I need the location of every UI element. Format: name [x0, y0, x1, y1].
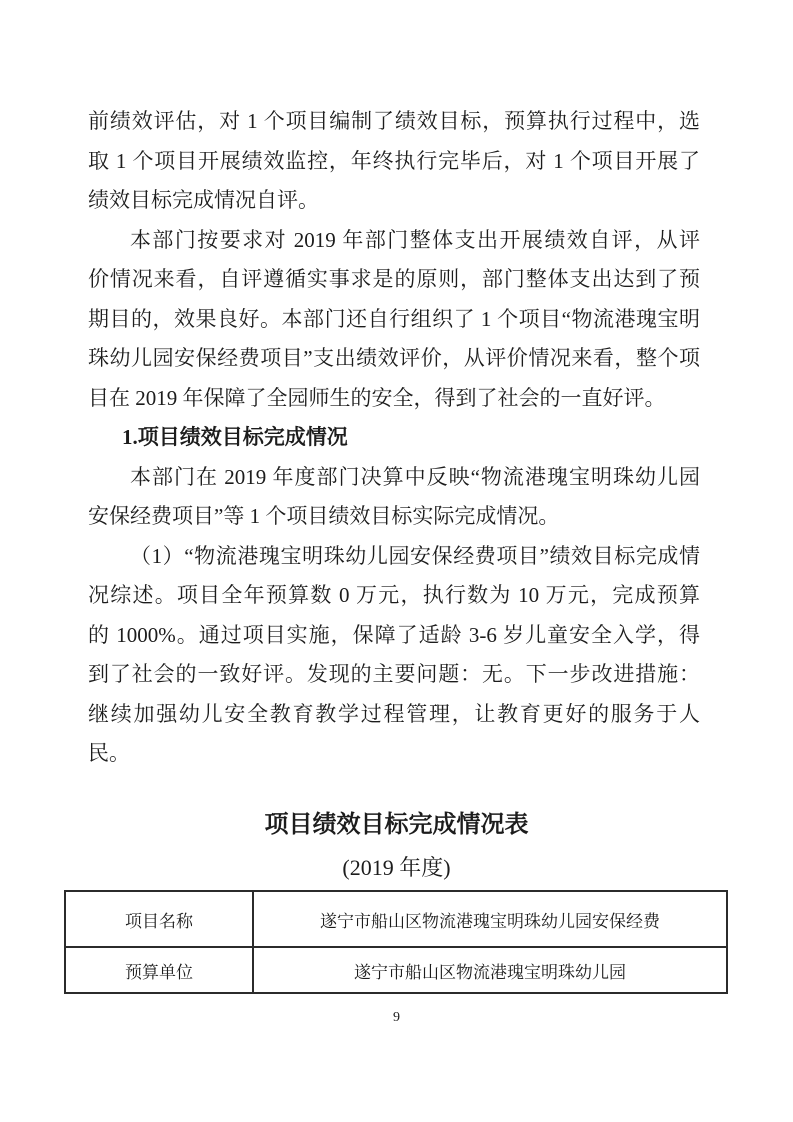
table-title: 项目绩效目标完成情况表 — [0, 810, 793, 840]
row-value-cell: 遂宁市船山区物流港瑰宝明珠幼儿园 — [253, 947, 727, 993]
text-line: 安保经费项目”等 1 个项目绩效目标实际完成情况。 — [88, 497, 700, 537]
text-line: 本部门在 2019 年度部门决算中反映“物流港瑰宝明珠幼儿园 — [88, 458, 700, 498]
text-line: 目在 2019 年保障了全园师生的安全，得到了社会的一直好评。 — [88, 379, 700, 419]
text-line: 的 1000%。通过项目实施，保障了适龄 3-6 岁儿童安全入学，得 — [88, 616, 700, 656]
text-line: 民。 — [88, 734, 700, 774]
text-line: 前绩效评估，对 1 个项目编制了绩效目标，预算执行过程中，选 — [88, 102, 700, 142]
table-row-project-name: 项目名称 遂宁市船山区物流港瑰宝明珠幼儿园安保经费 — [65, 891, 727, 947]
text-line: 期目的，效果良好。本部门还自行组织了 1 个项目“物流港瑰宝明 — [88, 300, 700, 340]
section-heading: 1.项目绩效目标完成情况 — [88, 418, 700, 458]
paragraph-project-summary: （1）“物流港瑰宝明珠幼儿园安保经费项目”绩效目标完成情 况综述。项目全年预算数… — [88, 537, 700, 774]
table-subtitle: (2019 年度) — [0, 854, 793, 882]
text-line: 取 1 个项目开展绩效监控，年终执行完毕后，对 1 个项目开展了 — [88, 142, 700, 182]
page-number: 9 — [0, 1010, 793, 1026]
document-body: 前绩效评估，对 1 个项目编制了绩效目标，预算执行过程中，选 取 1 个项目开展… — [88, 102, 700, 774]
paragraph-self-evaluation: 本部门按要求对 2019 年部门整体支出开展绩效自评，从评 价情况来看，自评遵循… — [88, 221, 700, 419]
text-line: 珠幼儿园安保经费项目”支出绩效评价，从评价情况来看，整个项 — [88, 339, 700, 379]
text-line: 继续加强幼儿安全教育教学过程管理，让教育更好的服务于人 — [88, 695, 700, 735]
text-line: 况综述。项目全年预算数 0 万元，执行数为 10 万元，完成预算 — [88, 576, 700, 616]
row-label-cell: 预算单位 — [65, 947, 253, 993]
table-row-budget-unit: 预算单位 遂宁市船山区物流港瑰宝明珠幼儿园 — [65, 947, 727, 993]
row-label-cell: 项目名称 — [65, 891, 253, 947]
paragraph-target-completion: 本部门在 2019 年度部门决算中反映“物流港瑰宝明珠幼儿园 安保经费项目”等 … — [88, 458, 700, 537]
project-performance-table: 项目名称 遂宁市船山区物流港瑰宝明珠幼儿园安保经费 预算单位 遂宁市船山区物流港… — [64, 890, 728, 994]
text-line: （1）“物流港瑰宝明珠幼儿园安保经费项目”绩效目标完成情 — [88, 537, 700, 577]
text-line: 价情况来看，自评遵循实事求是的原则，部门整体支出达到了预 — [88, 260, 700, 300]
paragraph-continuation: 前绩效评估，对 1 个项目编制了绩效目标，预算执行过程中，选 取 1 个项目开展… — [88, 102, 700, 221]
text-line: 本部门按要求对 2019 年部门整体支出开展绩效自评，从评 — [88, 221, 700, 261]
row-value-cell: 遂宁市船山区物流港瑰宝明珠幼儿园安保经费 — [253, 891, 727, 947]
text-line: 到了社会的一致好评。发现的主要问题：无。下一步改进措施： — [88, 655, 700, 695]
document-page: 前绩效评估，对 1 个项目编制了绩效目标，预算执行过程中，选 取 1 个项目开展… — [0, 0, 793, 1122]
text-line: 绩效目标完成情况自评。 — [88, 181, 700, 221]
